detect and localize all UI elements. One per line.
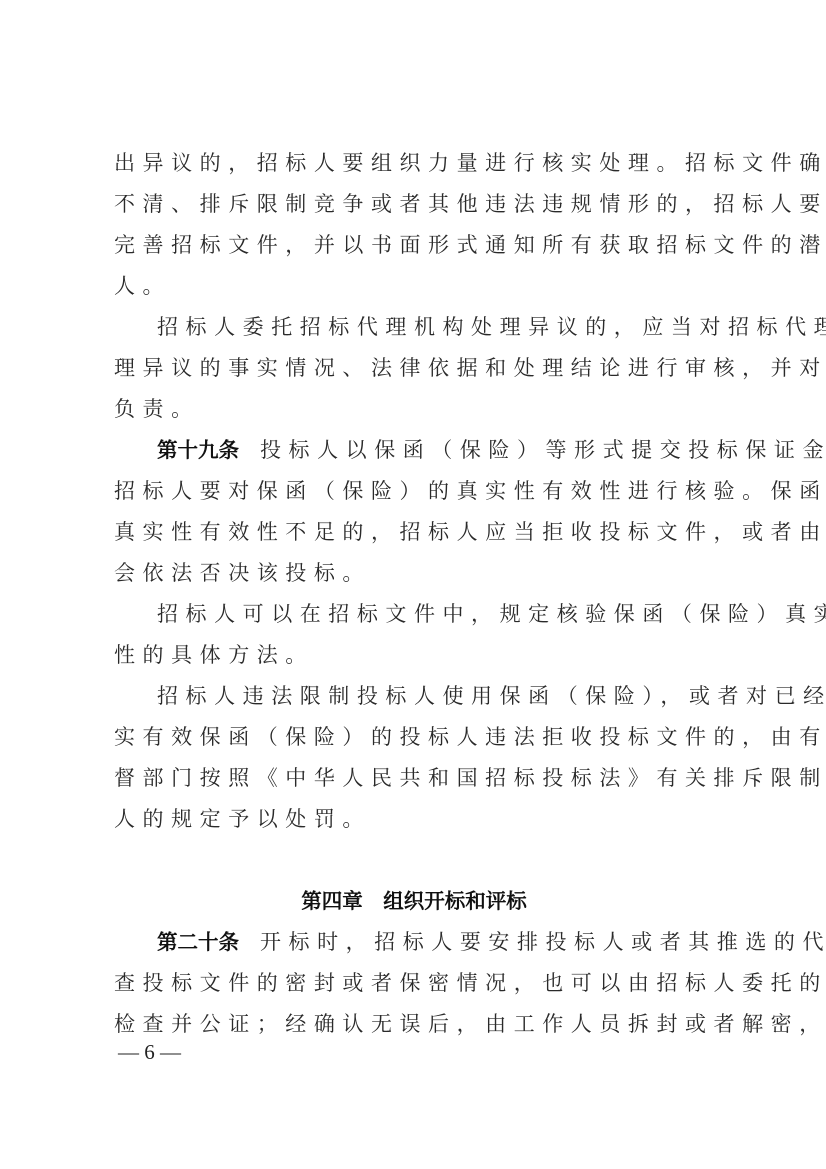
paragraph-2-line-3: 负责。 — [114, 389, 714, 430]
paragraph-5-line-4: 人的规定予以处罚。 — [114, 799, 714, 840]
paragraph-4-line-1: 招标人可以在招标文件中，规定核验保函（保险）真实性有效 — [114, 594, 757, 635]
page-number: — 6 — — [118, 1040, 181, 1065]
paragraph-2-line-2: 理异议的事实情况、法律依据和处理结论进行审核，并对处理结果 — [114, 348, 714, 389]
paragraph-5-line-2: 实有效保函（保险）的投标人违法拒收投标文件的，由有关行政监 — [114, 717, 714, 758]
article-20-text: 开标时，招标人要安排投标人或者其推选的代表检 — [260, 930, 826, 954]
article-19-line-2: 招标人要对保函（保险）的真实性有效性进行核验。保函（保险） — [114, 471, 714, 512]
paragraph-4-line-2: 性的具体方法。 — [114, 635, 714, 676]
paragraph-1-line-4: 人。 — [114, 266, 714, 307]
article-20-line-1: 第二十条开标时，招标人要安排投标人或者其推选的代表检 — [114, 922, 757, 963]
paragraph-5-line-3: 督部门按照《中华人民共和国招标投标法》有关排斥限制潜在投标 — [114, 758, 714, 799]
article-19-line-4: 会依法否决该投标。 — [114, 553, 714, 594]
article-20-line-3: 检查并公证；经确认无误后，由工作人员拆封或者解密，公布投标 — [114, 1004, 714, 1045]
article-19-line-3: 真实性有效性不足的，招标人应当拒收投标文件，或者由评标委员 — [114, 512, 714, 553]
article-20-line-2: 查投标文件的密封或者保密情况，也可以由招标人委托的公证机构 — [114, 963, 714, 1004]
article-20-label: 第二十条 — [157, 930, 239, 954]
paragraph-1-line-2: 不清、排斥限制竞争或者其他违法违规情形的，招标人要及时修改 — [114, 184, 714, 225]
article-19-text: 投标人以保函（保险）等形式提交投标保证金的， — [260, 438, 826, 462]
paragraph-1-line-3: 完善招标文件，并以书面形式通知所有获取招标文件的潜在投标 — [114, 225, 714, 266]
paragraph-1-line-1: 出异议的，招标人要组织力量进行核实处理。招标文件确存在表述 — [114, 143, 714, 184]
chapter-heading: 第四章 组织开标和评标 — [114, 881, 714, 922]
article-19-line-1: 第十九条投标人以保函（保险）等形式提交投标保证金的， — [114, 430, 757, 471]
article-19-label: 第十九条 — [157, 438, 239, 462]
paragraph-5-line-1: 招标人违法限制投标人使用保函（保险），或者对已经出具真 — [114, 676, 757, 717]
paragraph-2-line-1: 招标人委托招标代理机构处理异议的，应当对招标代理机构处 — [114, 307, 757, 348]
